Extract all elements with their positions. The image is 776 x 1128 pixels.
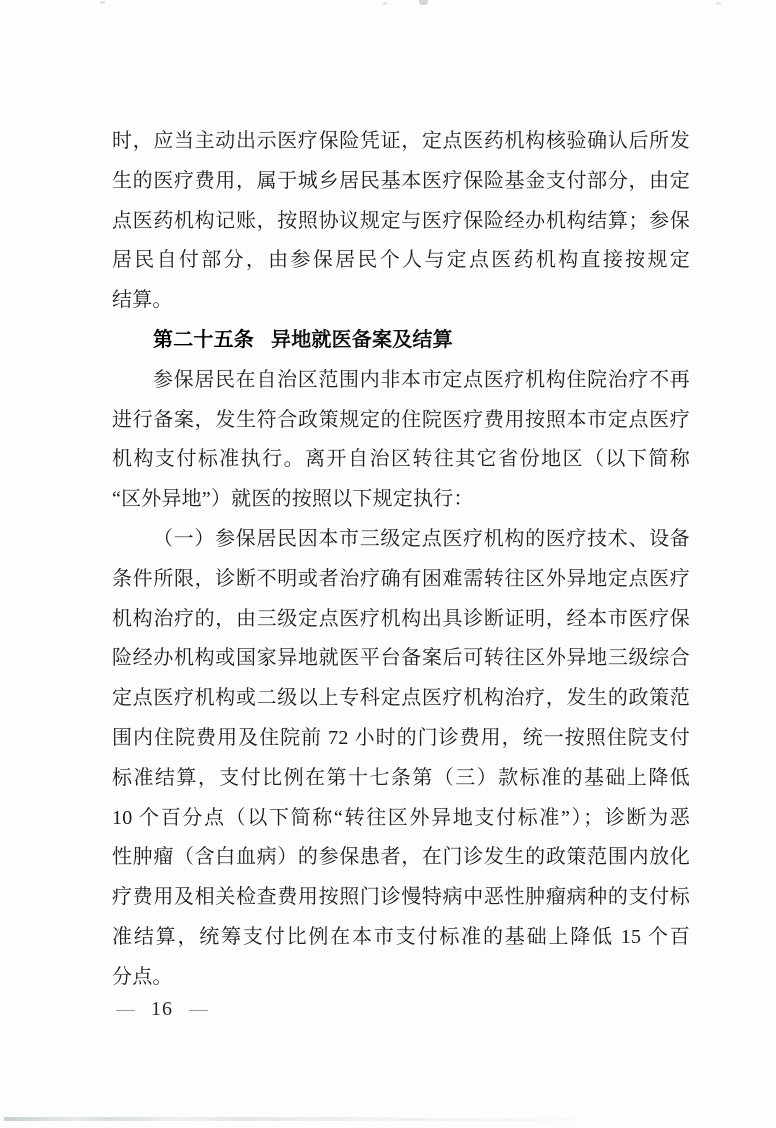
page-number: 16 [151,998,173,1020]
text-line: 险经办机构或国家异地就医平台备案后可转往区外异地三级综合 [112,639,690,679]
text-line: 疗费用及相关检查费用按照门诊慢特病中恶性肿瘤病种的支付标 [112,878,690,918]
document-page: 时，应当主动出示医疗保险凭证，定点医药机构核验确认后所发生的医疗费用，属于城乡居… [0,0,776,1128]
text-line: 机构治疗的，由三级定点医疗机构出具诊断证明，经本市医疗保 [112,600,690,640]
text-line: 条件所限，诊断不明或者治疗确有困难需转往区外异地定点医疗 [112,560,690,600]
text-line: 进行备案，发生符合政策规定的住院医疗费用按照本市定点医疗 [112,401,690,441]
heading-term: 第二十五条 [153,329,254,351]
text-line: 居民自付部分，由参保居民个人与定点医药机构直接按规定 [112,241,690,281]
scan-artifact-top-speck [383,2,387,5]
scan-artifact-top-speck [716,2,721,5]
page-number-footer: —16— [116,996,208,1023]
text-line: 点医药机构记账，按照协议规定与医疗保险经办机构结算；参保 [112,202,690,242]
text-line: “区外异地”）就医的按照以下规定执行： [112,480,690,520]
scan-artifact-bottom-strip [4,1117,396,1121]
scan-artifact-bottom-fade [396,1118,576,1121]
text-line: 标准结算，支付比例在第十七条第（三）款标准的基础上降低 [112,759,690,799]
text-line: 结算。 [112,281,690,321]
article-heading: 第二十五条异地就医备案及结算 [112,321,690,361]
heading-title: 异地就医备案及结算 [271,329,453,351]
text-line: （一）参保居民因本市三级定点医疗机构的医疗技术、设备 [112,520,690,560]
text-line: 机构支付标准执行。离开自治区转往其它省份地区（以下简称 [112,440,690,480]
text-line: 10 个百分点（以下简称“转往区外异地支付标准”）；诊断为恶 [112,799,690,839]
scan-artifact-top-speck [419,0,428,5]
text-line: 时，应当主动出示医疗保险凭证，定点医药机构核验确认后所发 [112,122,690,162]
footer-left-dash: — [116,999,135,1020]
document-content: 时，应当主动出示医疗保险凭证，定点医药机构核验确认后所发生的医疗费用，属于城乡居… [112,122,690,998]
text-line: 生的医疗费用，属于城乡居民基本医疗保险基金支付部分，由定 [112,162,690,202]
text-line: 定点医疗机构或二级以上专科定点医疗机构治疗，发生的政策范 [112,679,690,719]
text-line: 性肿瘤（含白血病）的参保患者，在门诊发生的政策范围内放化 [112,838,690,878]
text-line: 分点。 [112,958,690,998]
footer-right-dash: — [189,999,208,1020]
text-line: 参保居民在自治区范围内非本市定点医疗机构住院治疗不再 [112,361,690,401]
scan-artifact-top-speck [100,1,105,4]
text-line: 围内住院费用及住院前 72 小时的门诊费用，统一按照住院支付 [112,719,690,759]
text-line: 准结算，统筹支付比例在本市支付标准的基础上降低 15 个百 [112,918,690,958]
